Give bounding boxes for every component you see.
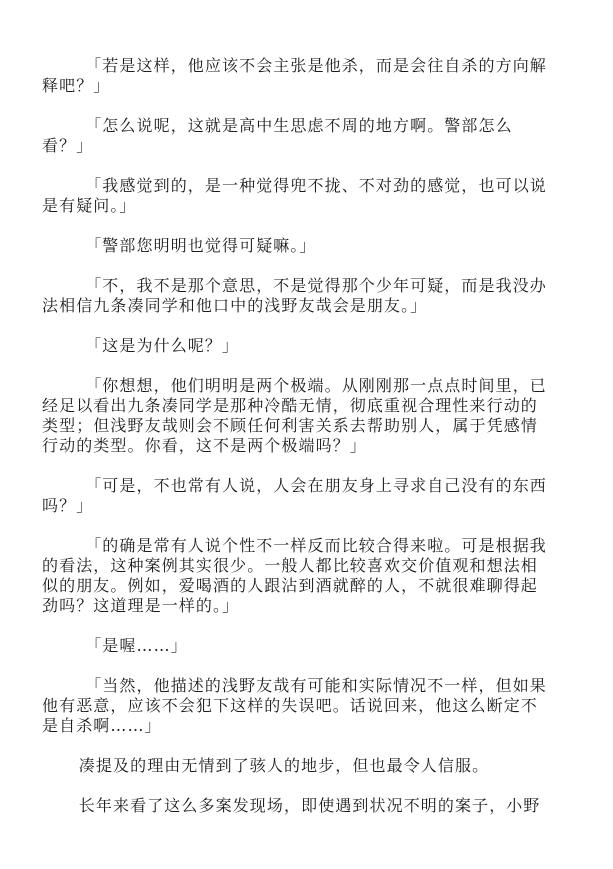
paragraph-9: 「的确是常有人说个性不一样反而比较合得来啦。可是根据我 的看法，这种案例其实很少… xyxy=(42,536,577,616)
paragraph-2: 「怎么说呢，这就是高中生思虑不周的地方啊。警部怎么 看？」 xyxy=(42,116,577,156)
paragraph-8: 「可是，不也常有人说，人会在朋友身上寻求自己没有的东西 吗？」 xyxy=(42,476,577,516)
paragraph-3: 「我感觉到的，是一种觉得兜不拢、不对劲的感觉，也可以说 是有疑问。」 xyxy=(42,176,577,216)
paragraph-6: 「这是为什么呢？」 xyxy=(42,336,577,356)
paragraph-7: 「你想想，他们明明是两个极端。从刚刚那一点点时间里，已 经足以看出九条凑同学是那… xyxy=(42,376,577,456)
paragraph-4: 「警部您明明也觉得可疑嘛。」 xyxy=(42,236,577,256)
paragraph-12: 凑提及的理由无情到了骇人的地步，但也最令人信服。 xyxy=(42,756,577,776)
paragraph-1: 「若是这样，他应该不会主张是他杀，而是会往自杀的方向解 释吧？」 xyxy=(42,56,577,96)
paragraph-10: 「是喔……」 xyxy=(42,636,577,656)
page-text: 「若是这样，他应该不会主张是他杀，而是会往自杀的方向解 释吧？」「怎么说呢，这就… xyxy=(42,56,577,816)
paragraph-13: 长年来看了这么多案发现场，即使遇到状况不明的案子，小野 xyxy=(42,796,577,816)
paragraph-5: 「不，我不是那个意思，不是觉得那个少年可疑，而是我没办 法相信九条凑同学和他口中… xyxy=(42,276,577,316)
paragraph-11: 「当然，他描述的浅野友哉有可能和实际情况不一样，但如果 他有恶意，应该不会犯下这… xyxy=(42,676,577,736)
book-page: 「若是这样，他应该不会主张是他杀，而是会往自杀的方向解 释吧？」「怎么说呢，这就… xyxy=(0,0,613,869)
